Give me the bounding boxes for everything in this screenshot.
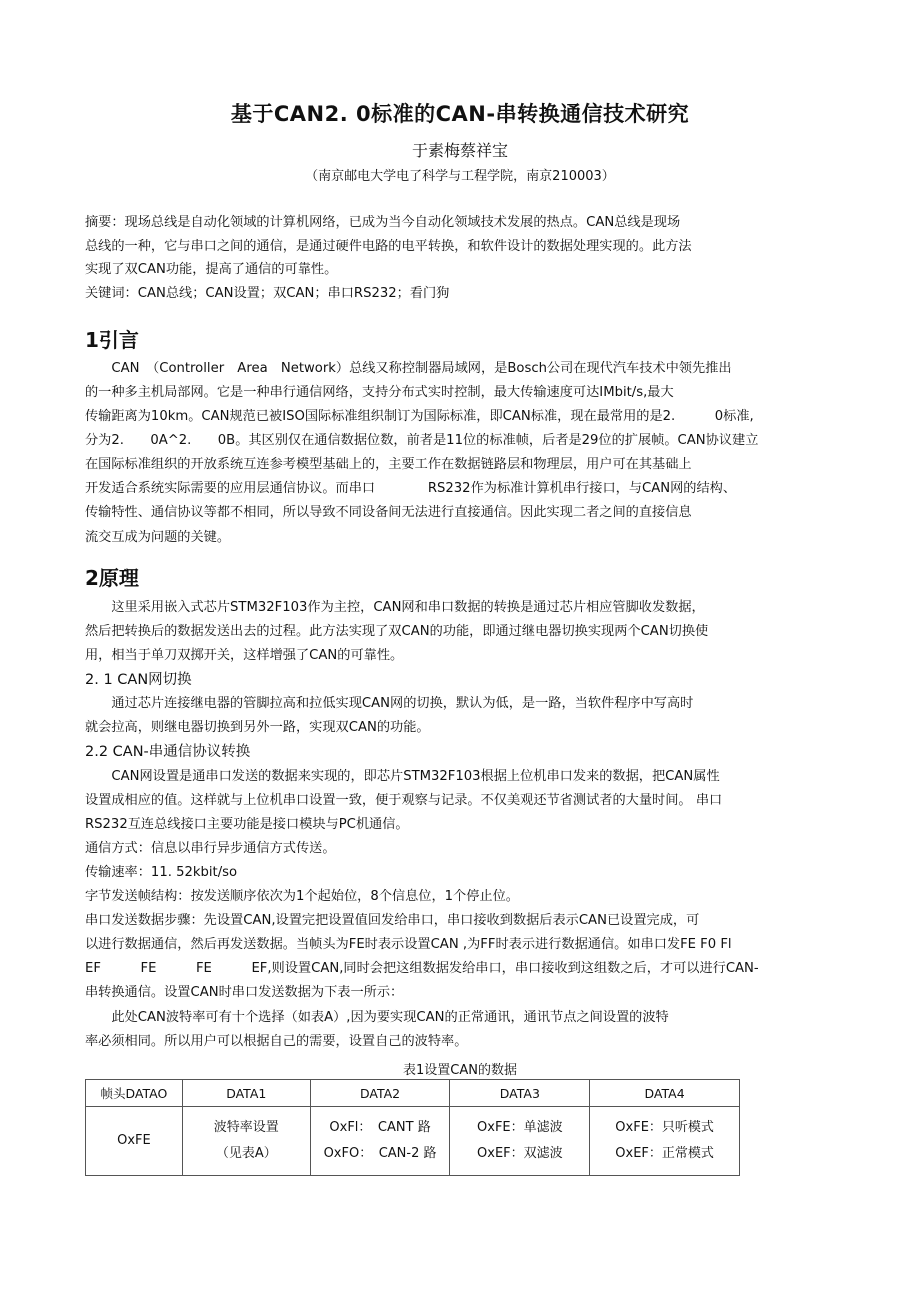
body-line: CAN网设置是通串口发送的数据来实现的，即芯片STM32F103根据上位机串口发… (85, 766, 720, 788)
abstract-line: 总线的一种，它与串口之间的通信，是通过硬件电路的电平转换，和软件设计的数据处理实… (85, 236, 692, 258)
table-caption: 表1设置CAN的数据 (0, 1059, 920, 1078)
body-line: 设置成相应的值。这样就与上位机串口设置一致，便于观察与记录。不仅美观还节省测试者… (85, 790, 722, 812)
body-line: 然后把转换后的数据发送出去的过程。此方法实现了双CAN的功能，即通过继电器切换实… (85, 621, 708, 643)
body-line: 流交互成为问题的关键。 (85, 527, 230, 549)
table-cell: OxFE：只听模式 OxEF：正常模式 (590, 1107, 740, 1176)
body-line: 在国际标准组织的开放系统互连参考模型基础上的，主要工作在数据链路层和物理层，用户… (85, 454, 692, 476)
cell-text: OxEF：双滤波 (454, 1141, 585, 1167)
paper-affiliation: （南京邮电大学电了科学与工程学院，南京210003） (0, 165, 920, 184)
body-line: EF FE FE EF,则设置CAN,同时会把这组数据发给串口，串口接收到这组数… (85, 958, 759, 980)
body-line: 用，相当于单刀双掷开关，这样增强了CAN的可靠性。 (85, 645, 403, 667)
keywords: 关键词：CAN总线；CAN设置；双CAN；串口RS232；看门狗 (85, 283, 449, 305)
body-line: 就会拉高，则继电器切换到另外一路，实现双CAN的功能。 (85, 717, 430, 739)
table-header-row: 帧头DATAO DATA1 DATA2 DATA3 DATA4 (86, 1080, 740, 1107)
body-line: CAN （Controller Area Network）总线又称控制器局域网，… (85, 358, 732, 380)
table-header-cell: 帧头DATAO (86, 1080, 183, 1107)
table-cell: OxFl： CANT 路 OxFO： CAN-2 路 (310, 1107, 450, 1176)
body-line: 串口发送数据步骤：先设置CAN,设置完把设置值回发给串口，串口接收到数据后表示C… (85, 910, 699, 932)
table-cell: OxFE (86, 1107, 183, 1176)
body-line: 的一种多主机局部网。它是一种串行通信网络，支持分布式实时控制，最大传输速度可达I… (85, 382, 674, 404)
table-header-cell: DATA3 (450, 1080, 590, 1107)
paper-title: 基于CAN2. 0标准的CAN-串转换通信技术研究 (0, 98, 920, 128)
abstract-line: 实现了双CAN功能，提高了通信的可靠性。 (85, 259, 337, 281)
section-heading: 2原理 (85, 562, 139, 591)
body-line: 传输速率：11. 52kbit/so (85, 862, 237, 884)
cell-text: （见表A） (187, 1141, 306, 1167)
body-line: 字节发送帧结构：按发送顺序依次为1个起始位，8个信息位，1个停止位。 (85, 886, 519, 908)
body-line: 传输特性、通信协议等都不相同，所以导致不同设备间无法进行直接通信。因此实现二者之… (85, 502, 692, 524)
cell-text: OxFl： CANT 路 (315, 1115, 446, 1141)
cell-text: 波特率设置 (187, 1115, 306, 1141)
body-line: 分为2. 0A^2. 0B。其区别仅在通信数据位数，前者是11位的标准帧，后者是… (85, 430, 758, 452)
body-line: 此处CAN波特率可有十个选择（如表A）,因为要实现CAN的正常通讯，通讯节点之间… (85, 1007, 669, 1029)
paper-authors: 于素梅蔡祥宝 (0, 138, 920, 161)
cell-text: OxFE (117, 1133, 151, 1148)
body-line: 这里采用嵌入式芯片STM32F103作为主控，CAN网和串口数据的转换是通过芯片… (85, 597, 705, 619)
body-line: 传输距离为10km。CAN规范已被ISO国际标准组织制订为国际标准，即CAN标准… (85, 406, 754, 428)
body-line: 率必须相同。所以用户可以根据自己的需要，设置自己的波特率。 (85, 1031, 467, 1053)
body-line: 以进行数据通信，然后再发送数据。当帧头为FE时表示设置CAN ,为FF时表示进行… (85, 934, 732, 956)
table-cell: OxFE：单滤波 OxEF：双滤波 (450, 1107, 590, 1176)
section-heading: 1引言 (85, 324, 139, 353)
body-line: 通过芯片连接继电器的管脚拉高和拉低实现CAN网的切换，默认为低，是一路，当软件程… (85, 693, 693, 715)
subsection-heading: 2. 1 CAN网切换 (85, 668, 192, 689)
table-header-cell: DATA2 (310, 1080, 450, 1107)
abstract-line: 摘要：现场总线是自动化领域的计算机网络，已成为当今自动化领域技术发展的热点。CA… (85, 212, 680, 234)
table-can-settings: 帧头DATAO DATA1 DATA2 DATA3 DATA4 OxFE 波特率… (85, 1079, 740, 1176)
cell-text: OxFO： CAN-2 路 (315, 1141, 446, 1167)
cell-text: OxFE：单滤波 (454, 1115, 585, 1141)
body-line: 通信方式：信息以串行异步通信方式传送。 (85, 838, 336, 860)
cell-text: OxEF：正常模式 (594, 1141, 735, 1167)
table-header-cell: DATA4 (590, 1080, 740, 1107)
body-line: 串转换通信。设置CAN时串口发送数据为下表一所示： (85, 982, 403, 1004)
subsection-heading: 2.2 CAN-串通信协议转换 (85, 740, 250, 761)
table-cell: 波特率设置 （见表A） (182, 1107, 310, 1176)
table-header-cell: DATA1 (182, 1080, 310, 1107)
body-line: 开发适合系统实际需要的应用层通信协议。而串口 RS232作为标准计算机串行接口，… (85, 478, 736, 500)
body-line: RS232互连总线接口主要功能是接口模块与PC机通信。 (85, 814, 409, 836)
cell-text: OxFE：只听模式 (594, 1115, 735, 1141)
table-row: OxFE 波特率设置 （见表A） OxFl： CANT 路 OxFO： CAN-… (86, 1107, 740, 1176)
